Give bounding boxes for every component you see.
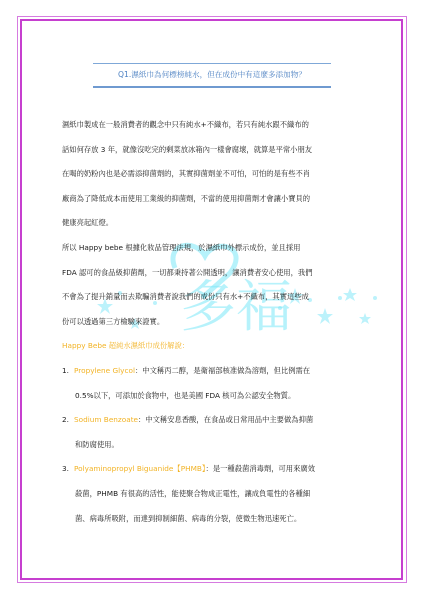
text-line: 不會為了提升銷量而去欺騙消費者說我們的成份只有水+不織布，其實這些成 bbox=[62, 290, 372, 315]
ingredient-list: 1.Propylene Glycol：中文稱丙二醇，是衛福部核准做為溶劑，但比例… bbox=[62, 364, 372, 536]
text-line: 廠商為了降低成本而使用工業級的抑菌劑，不當的使用抑菌劑才會讓小寶貝的 bbox=[62, 192, 372, 217]
ingredient-item: 2.Sodium Benzoate：中文稱安息香酸，在食品或日常用品中主要做為抑… bbox=[62, 413, 372, 462]
text-line: 份可以透過第三方檢驗來證實。 bbox=[62, 315, 372, 340]
ingredient-item: 1.Propylene Glycol：中文稱丙二醇，是衛福部核准做為溶劑，但比例… bbox=[62, 364, 372, 413]
paragraph-intro: 濕紙巾製成在一般消費者的觀念中只有純水+不織布，若只有純水跟不織布的 話如何存放… bbox=[62, 118, 372, 241]
ingredient-name: Sodium Benzoate bbox=[74, 415, 138, 424]
ingredient-desc-cont: 0.5%以下，可添加於食物中，也是美國 FDA 核可為公認安全物質。 bbox=[62, 389, 372, 414]
ingredient-desc: ：是一種殺菌消毒劑，可用來廣效 bbox=[206, 464, 315, 473]
question-header: Q1.濕紙巾為何標榜純水，但在成份中有這麼多添加物？ bbox=[93, 63, 331, 88]
section-title: Happy Bebe 超純水濕紙巾成份解說： bbox=[62, 339, 372, 364]
ingredient-desc: ：中文稱丙二醇，是衛福部核准做為溶劑，但比例需在 bbox=[135, 366, 310, 375]
paragraph-happy-bebe: 所以 Happy bebe 根據化妝品管理法規，於濕紙巾外標示成份，並且採用 F… bbox=[62, 241, 372, 339]
question-title: Q1.濕紙巾為何標榜純水，但在成份中有這麼多添加物？ bbox=[93, 64, 331, 86]
text-line: FDA 認可的食品級抑菌劑，一切都秉持著公開透明，讓消費者安心使用，我們 bbox=[62, 266, 372, 291]
ingredient-name: Propylene Glycol bbox=[74, 366, 135, 375]
title-rule-bottom bbox=[93, 86, 331, 88]
document-body: 濕紙巾製成在一般消費者的觀念中只有純水+不織布，若只有純水跟不織布的 話如何存放… bbox=[62, 118, 372, 536]
text-line: 話如何存放 3 年，就像沒吃完的剩菜放冰箱內一樣會腐壞，就算是平常小朋友 bbox=[62, 143, 372, 168]
list-number: 3. bbox=[62, 462, 74, 476]
list-number: 2. bbox=[62, 413, 74, 427]
ingredient-item: 3.Polyaminopropyl Biguanide【PHMB】：是一種殺菌消… bbox=[62, 462, 372, 536]
list-number: 1. bbox=[62, 364, 74, 378]
ingredient-desc-cont: 殺菌，PHMB 有很高的活性，能使聚合物成正電性，讓成負電性的各種細 bbox=[62, 487, 372, 512]
ingredient-name: Polyaminopropyl Biguanide【PHMB】 bbox=[74, 464, 206, 473]
ingredient-desc-cont: 和防腐使用。 bbox=[62, 438, 372, 463]
ingredient-desc-cont: 菌、病毒所吸附，而達到抑制細菌、病毒的分裂，使微生物迅速死亡。 bbox=[62, 512, 372, 537]
text-line: 濕紙巾製成在一般消費者的觀念中只有純水+不織布，若只有純水跟不織布的 bbox=[62, 118, 372, 143]
text-line: 健康亮起紅燈。 bbox=[62, 216, 372, 241]
text-line: 在喝的奶粉內也是必需添抑菌劑的，其實抑菌劑並不可怕，可怕的是有些不肖 bbox=[62, 167, 372, 192]
text-line: 所以 Happy bebe 根據化妝品管理法規，於濕紙巾外標示成份，並且採用 bbox=[62, 241, 372, 266]
ingredient-desc: ：中文稱安息香酸，在食品或日常用品中主要做為抑菌 bbox=[138, 415, 313, 424]
